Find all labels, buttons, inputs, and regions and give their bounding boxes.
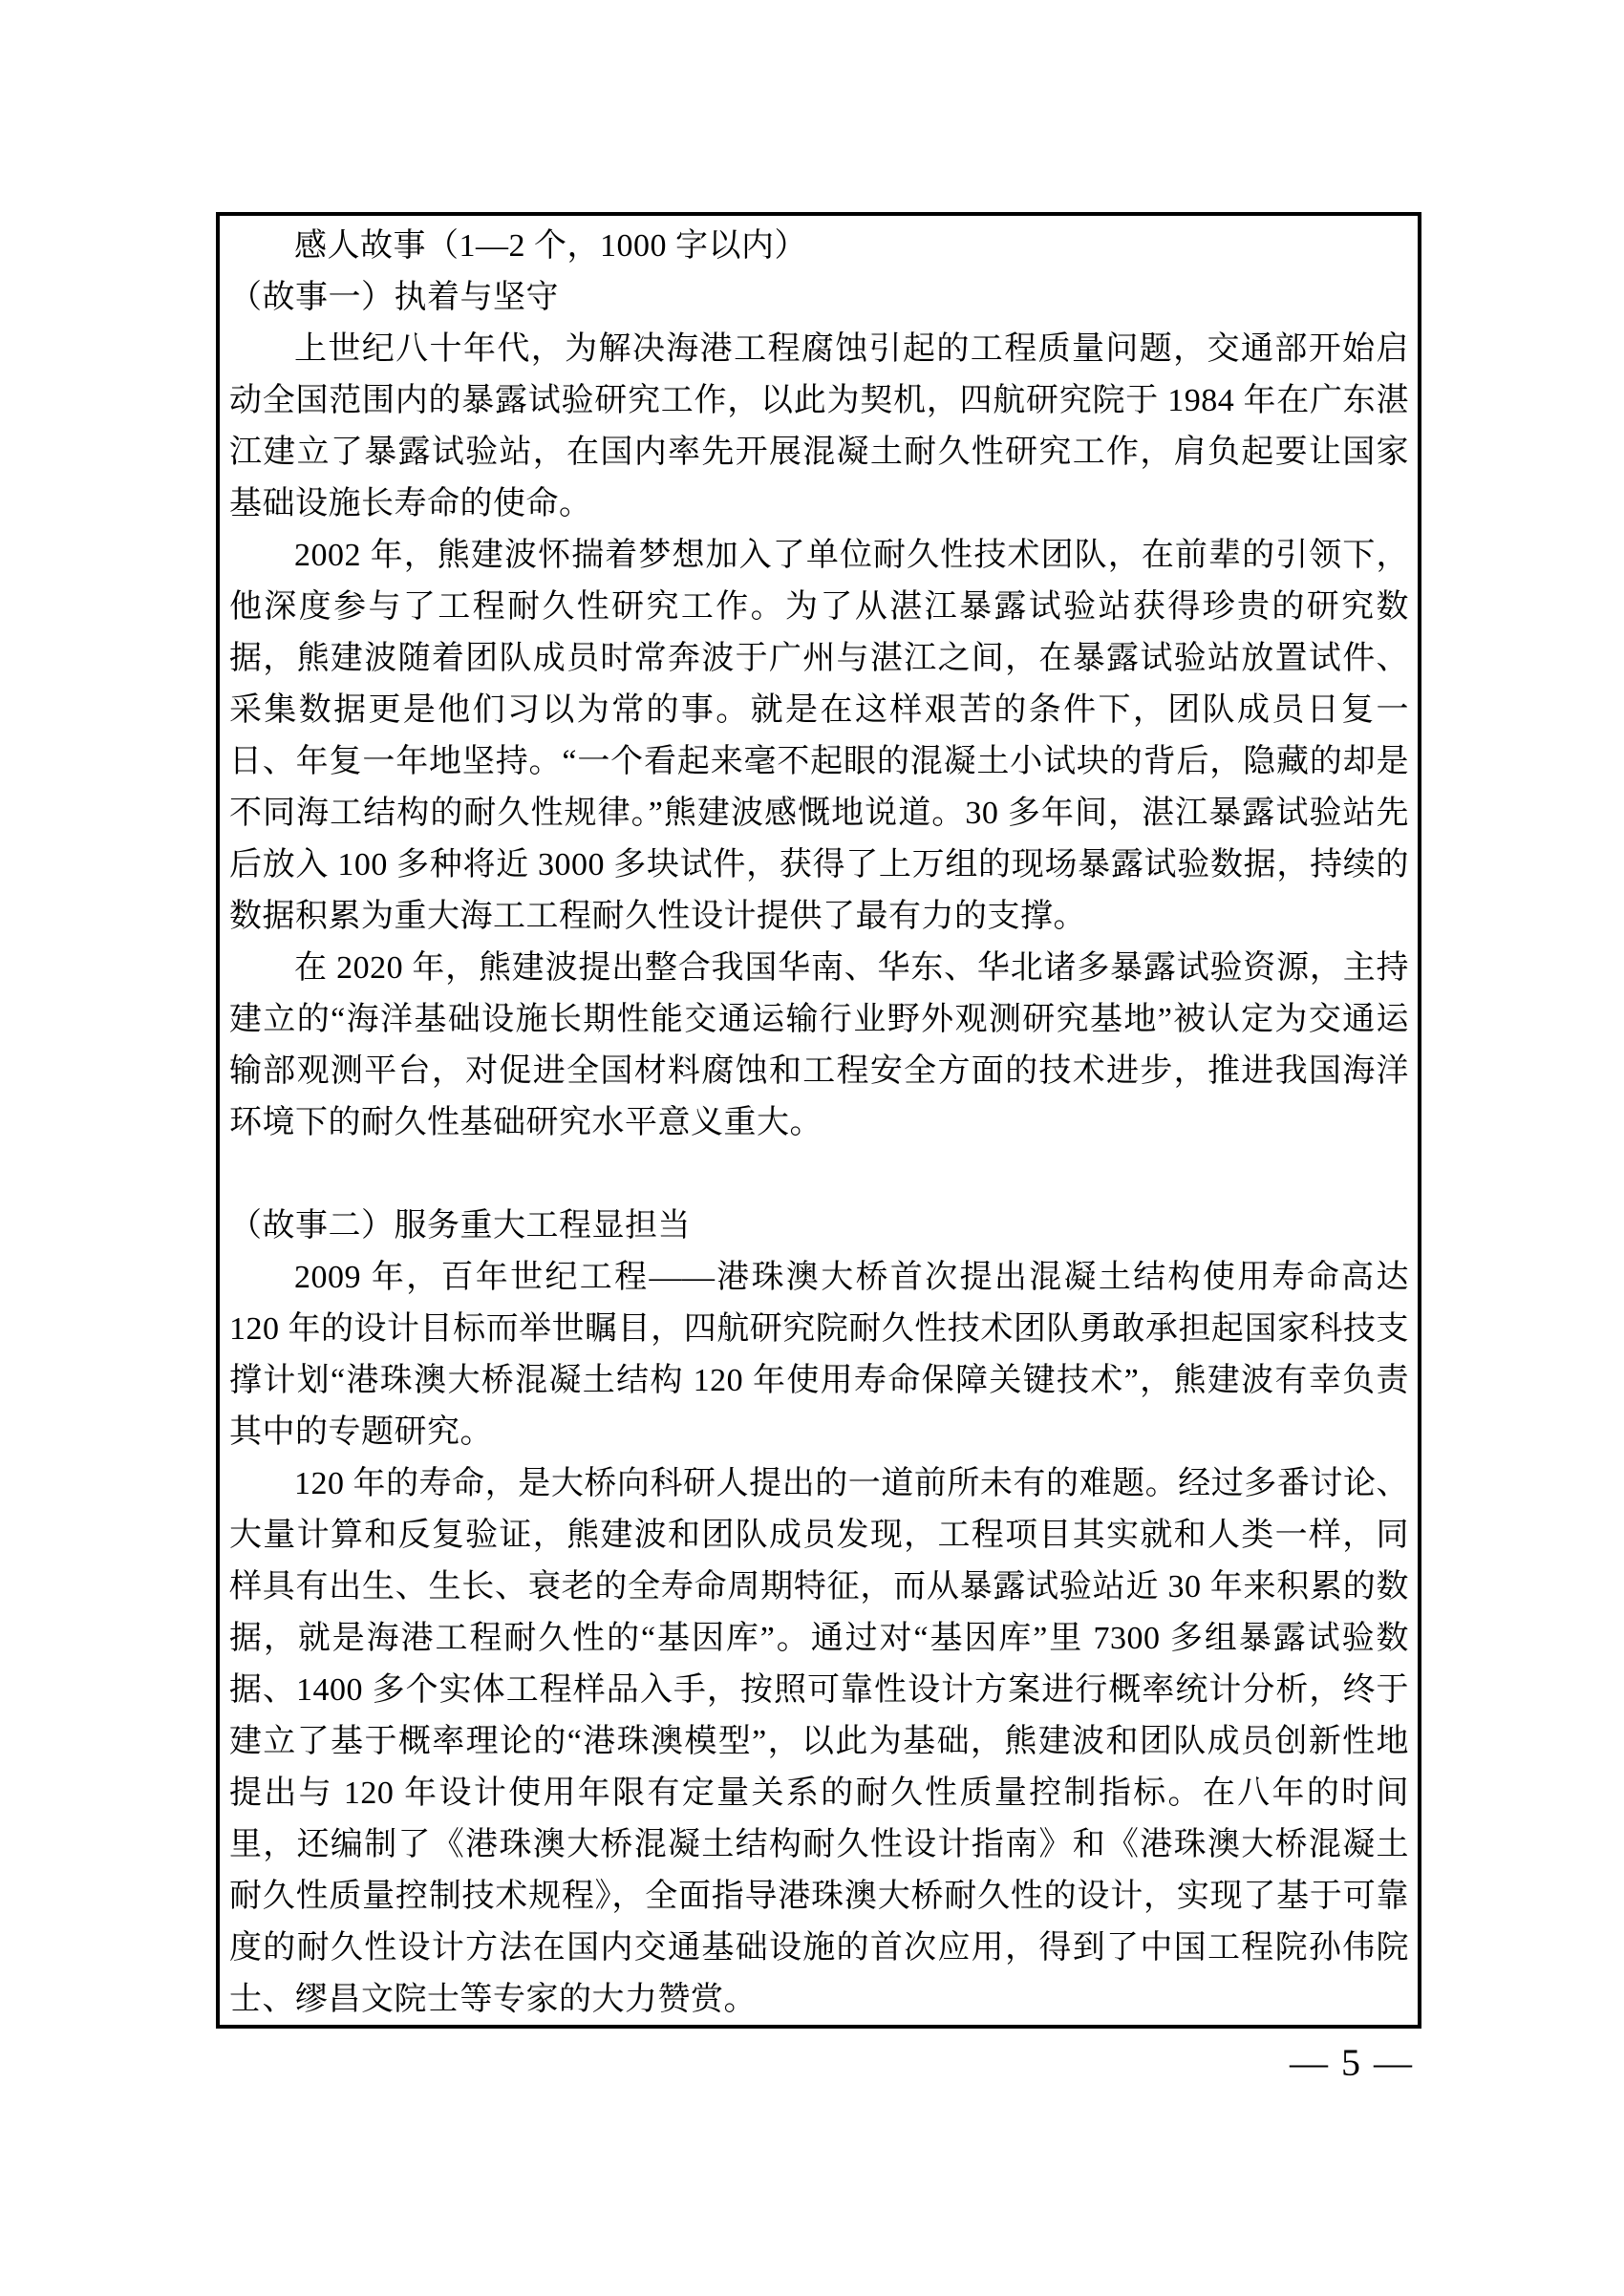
story1-paragraph-3: 在 2020 年，熊建波提出整合我国华南、华东、华北诸多暴露试验资源，主持建立的… [229, 943, 1409, 1149]
stories-text-box: 感人故事（1—2 个，1000 字以内） （故事一）执着与坚守 上世纪八十年代，… [216, 212, 1421, 2029]
document-page: { "page": { "number": "— 5 —", "backgrou… [0, 0, 1624, 2296]
section-title: 感人故事（1—2 个，1000 字以内） [229, 221, 1409, 272]
story2-paragraph-1: 2009 年，百年世纪工程——港珠澳大桥首次提出混凝土结构使用寿命高达 120 … [229, 1252, 1409, 1458]
story1-paragraph-2: 2002 年，熊建波怀揣着梦想加入了单位耐久性技术团队，在前辈的引领下，他深度参… [229, 530, 1409, 943]
story1-heading: （故事一）执着与坚守 [229, 272, 1409, 324]
story2-paragraph-2: 120 年的寿命，是大桥向科研人提出的一道前所未有的难题。经过多番讨论、大量计算… [229, 1458, 1409, 2026]
page-number: — 5 — [1271, 2034, 1433, 2092]
story2-heading: （故事二）服务重大工程显担当 [229, 1201, 1409, 1252]
story1-paragraph-1: 上世纪八十年代，为解决海港工程腐蚀引起的工程质量问题，交通部开始启动全国范围内的… [229, 324, 1409, 530]
blank-line-separator [229, 1149, 1409, 1201]
